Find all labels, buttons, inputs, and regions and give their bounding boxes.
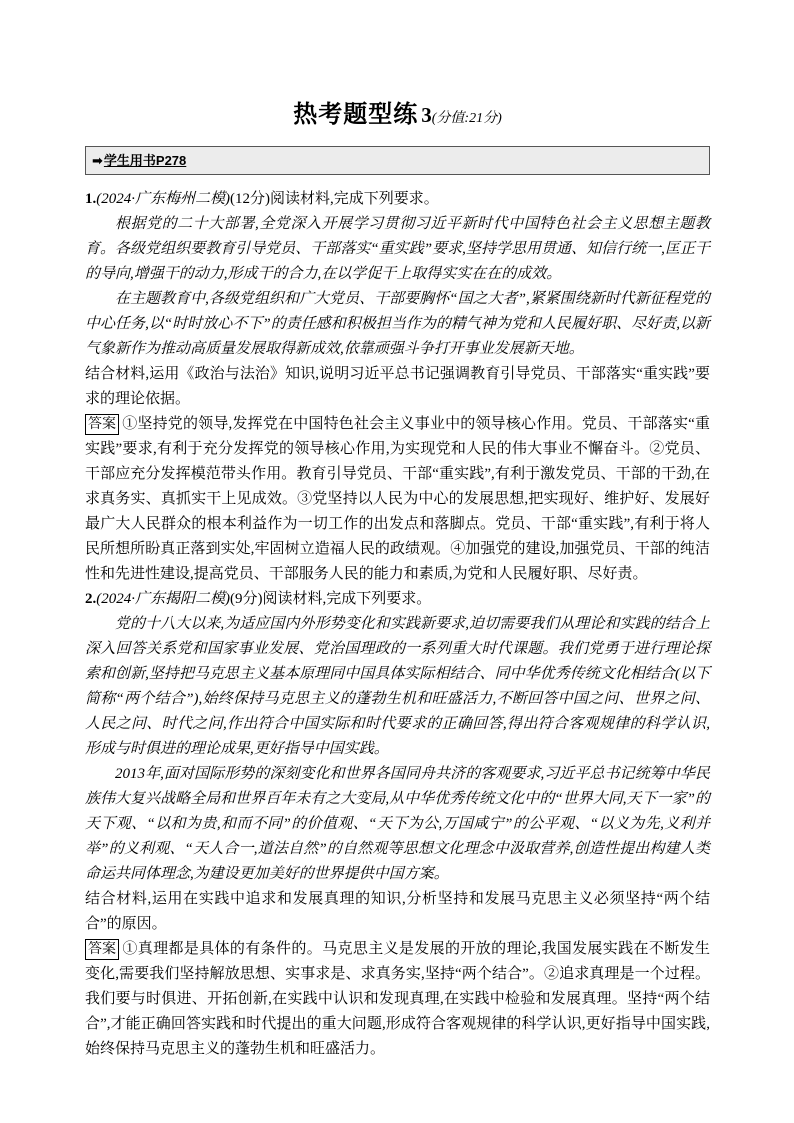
student-book-ref-label: 学生用书P278 [104, 153, 186, 168]
worksheet-page: 热考题型练3(分值:21分) ➡学生用书P278 1.(2024·广东梅州二模)… [0, 0, 794, 1123]
title-score: (分值:21分) [432, 111, 502, 126]
question-2-heading: 2.(2024·广东揭阳二模)(9分)阅读材料,完成下列要求。 [85, 587, 710, 612]
title-number: 3 [421, 103, 432, 127]
arrow-right-icon: ➡ [92, 153, 103, 169]
student-book-ref-box: ➡学生用书P278 [85, 146, 710, 175]
document-body: 1.(2024·广东梅州二模)(12分)阅读材料,完成下列要求。 根据党的二十大… [85, 187, 710, 1062]
question-2-material-paragraph: 2013年,面对国际形势的深刻变化和世界各国同舟共济的客观要求,习近平总书记统筹… [85, 762, 710, 887]
question-2-points: (9分) [230, 591, 263, 607]
question-2-answer: 答案①真理都是具体的有条件的。马克思主义是发展的开放的理论,我国发展实践在不断发… [85, 937, 710, 1062]
question-1-number: 1. [85, 191, 96, 207]
question-1-points: (12分) [230, 191, 270, 207]
question-2-task: 结合材料,运用在实践中追求和发展真理的知识,分析坚持和发展马克思主义必须坚持“两… [85, 887, 710, 937]
question-1-answer-text: ①坚持党的领导,发挥党在中国特色社会主义事业中的领导核心作用。党员、干部落实“重… [85, 416, 710, 582]
page-title: 热考题型练3(分值:21分) [85, 100, 710, 134]
question-2-instruction: 阅读材料,完成下列要求。 [263, 591, 432, 607]
question-1-material-paragraph: 根据党的二十大部署,全党深入开展学习贯彻习近平新时代中国特色社会主义思想主题教育… [85, 212, 710, 287]
question-2-number: 2. [85, 591, 96, 607]
title-text: 热考题型练 [293, 101, 418, 128]
question-2-material-paragraph: 党的十八大以来,为适应国内外形势变化和实践新要求,迫切需要我们从理论和实践的结合… [85, 612, 710, 762]
answer-label-badge: 答案 [85, 939, 119, 960]
question-1-answer: 答案①坚持党的领导,发挥党在中国特色社会主义事业中的领导核心作用。党员、干部落实… [85, 412, 710, 587]
student-book-ref: ➡学生用书P278 [92, 153, 186, 168]
question-1-instruction: 阅读材料,完成下列要求。 [270, 191, 439, 207]
question-1-source: (2024·广东梅州二模) [96, 191, 230, 207]
question-1-material-paragraph: 在主题教育中,各级党组织和广大党员、干部要胸怀“国之大者”,紧紧围绕新时代新征程… [85, 287, 710, 362]
question-2: 2.(2024·广东揭阳二模)(9分)阅读材料,完成下列要求。 党的十八大以来,… [85, 587, 710, 1062]
answer-label-badge: 答案 [85, 414, 119, 435]
question-1-heading: 1.(2024·广东梅州二模)(12分)阅读材料,完成下列要求。 [85, 187, 710, 212]
question-1-task: 结合材料,运用《政治与法治》知识,说明习近平总书记强调教育引导党员、干部落实“重… [85, 362, 710, 412]
question-2-source: (2024·广东揭阳二模) [96, 591, 230, 607]
question-1: 1.(2024·广东梅州二模)(12分)阅读材料,完成下列要求。 根据党的二十大… [85, 187, 710, 587]
question-2-answer-text: ①真理都是具体的有条件的。马克思主义是发展的开放的理论,我国发展实践在不断发生变… [85, 941, 710, 1057]
